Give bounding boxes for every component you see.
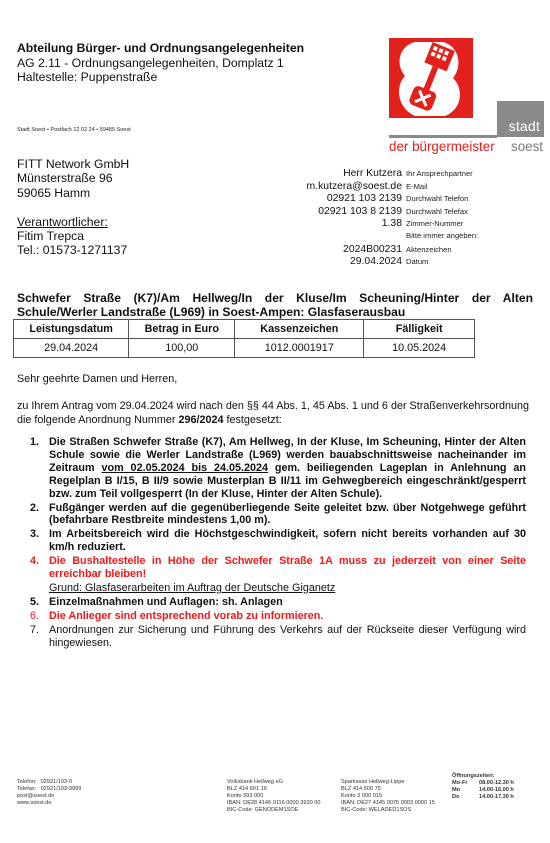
contact-block: Herr KutzeraIhr Ansprechpartner m.kutzer… — [300, 168, 550, 269]
contact-row: Herr KutzeraIhr Ansprechpartner — [300, 168, 550, 181]
list-item: 5. Einzelmaßnahmen und Auflagen: sh. Anl… — [30, 596, 526, 609]
contact-row: Bitte immer angeben: — [300, 231, 550, 244]
recipient-address: FITT Network GmbH Münsterstraße 96 59065… — [17, 157, 129, 258]
contact-row: 02921 103 2139Durchwahl Telefon — [300, 193, 550, 206]
contact-email[interactable]: m.kutzera@soest.de — [300, 181, 406, 192]
fee-table: Leistungsdatum Betrag in Euro Kassenzeic… — [13, 319, 475, 358]
order-list: 1. Die Straßen Schwefer Straße (K7), Am … — [30, 436, 526, 651]
contact-row: 02921 103 8 2139Durchwahl Telefax — [300, 206, 550, 219]
footer-email[interactable]: post@soest.de — [17, 793, 81, 800]
stadt-box: stadt — [497, 101, 544, 137]
letter-subject: Schwefer Straße (K7)/Am Hellweg/In der K… — [17, 292, 533, 320]
logo-rule — [389, 135, 497, 138]
footer-bank-volksbank: Volksbank Hellweg eG BLZ 414 601 16 Kont… — [227, 779, 321, 814]
closure-period: vom 02.05.2024 bis 24.05.2024 — [101, 462, 268, 474]
contact-row: m.kutzera@soest.deE-Mail — [300, 181, 550, 194]
list-item: 4. Die Bushaltestelle in Höhe der Schwef… — [30, 555, 526, 581]
contact-row: 29.04.2024Datum — [300, 256, 550, 269]
responsible-name: Fitim Trepca — [17, 229, 129, 243]
reason-note: Grund: Glasfaserarbeiten im Auftrag der … — [30, 582, 526, 595]
footer-contact: Telefon: 02921/103-0 Telefax: 02921/103-… — [17, 779, 81, 807]
table-row: 29.04.2024 100,00 1012.0001917 10.05.202… — [14, 339, 475, 358]
list-item: 6. Die Anlieger sind entsprechend vorab … — [30, 610, 526, 623]
recipient-company: FITT Network GmbH — [17, 157, 129, 171]
list-item: 2. Fußgänger werden auf die gegenüberlie… — [30, 502, 526, 528]
department-title: Abteilung Bürger- und Ordnungsangelegenh… — [17, 41, 304, 56]
recipient-street: Münsterstraße 96 — [17, 171, 129, 185]
footer-bank-sparkasse: Sparkasse Hellweg-Lippe BLZ 414 500 75 K… — [341, 779, 435, 814]
footer-opening-hours: Öffnungszeiten: Mo-Fr08.00-12.30 h Mo14.… — [452, 773, 514, 801]
logo-word-soest: soest — [511, 139, 543, 154]
sender-return-address: Stadt Soest • Postfach 12 02 24 • 59485 … — [17, 127, 131, 133]
intro-paragraph: zu Ihrem Antrag vom 29.04.2024 wird nach… — [17, 400, 537, 427]
logo-word-stadt: stadt — [509, 118, 540, 134]
contact-row: 1.38Zimmer-Nummer — [300, 218, 550, 231]
table-header-row: Leistungsdatum Betrag in Euro Kassenzeic… — [14, 320, 475, 339]
recipient-city: 59065 Hamm — [17, 186, 129, 200]
greeting: Sehr geehrte Damen und Herren, — [17, 373, 177, 385]
key-crest-icon — [389, 38, 473, 118]
city-logo: stadt der bürgermeister soest — [386, 37, 546, 157]
department-header: Abteilung Bürger- und Ordnungsangelegenh… — [17, 41, 304, 85]
responsible-phone: Tel.: 01573-1271137 — [17, 243, 129, 257]
footer-website[interactable]: www.soest.de — [17, 800, 81, 807]
responsible-label: Verantwortlicher: — [17, 215, 129, 229]
list-item: 7. Anordnungen zur Sicherung und Führung… — [30, 624, 526, 650]
department-stop: Haltestelle: Puppenstraße — [17, 70, 304, 85]
department-subtitle: AG 2.11 - Ordnungsangelegenheiten, Dompl… — [17, 56, 304, 71]
list-item: 1. Die Straßen Schwefer Straße (K7), Am … — [30, 436, 526, 501]
list-item: 3. Im Arbeitsbereich wird die Höchstgesc… — [30, 528, 526, 554]
contact-row: 2024B00231Aktenzeichen — [300, 244, 550, 257]
order-number: 296/2024 — [178, 414, 223, 426]
logo-word-buergermeister: der bürgermeister — [389, 139, 495, 154]
